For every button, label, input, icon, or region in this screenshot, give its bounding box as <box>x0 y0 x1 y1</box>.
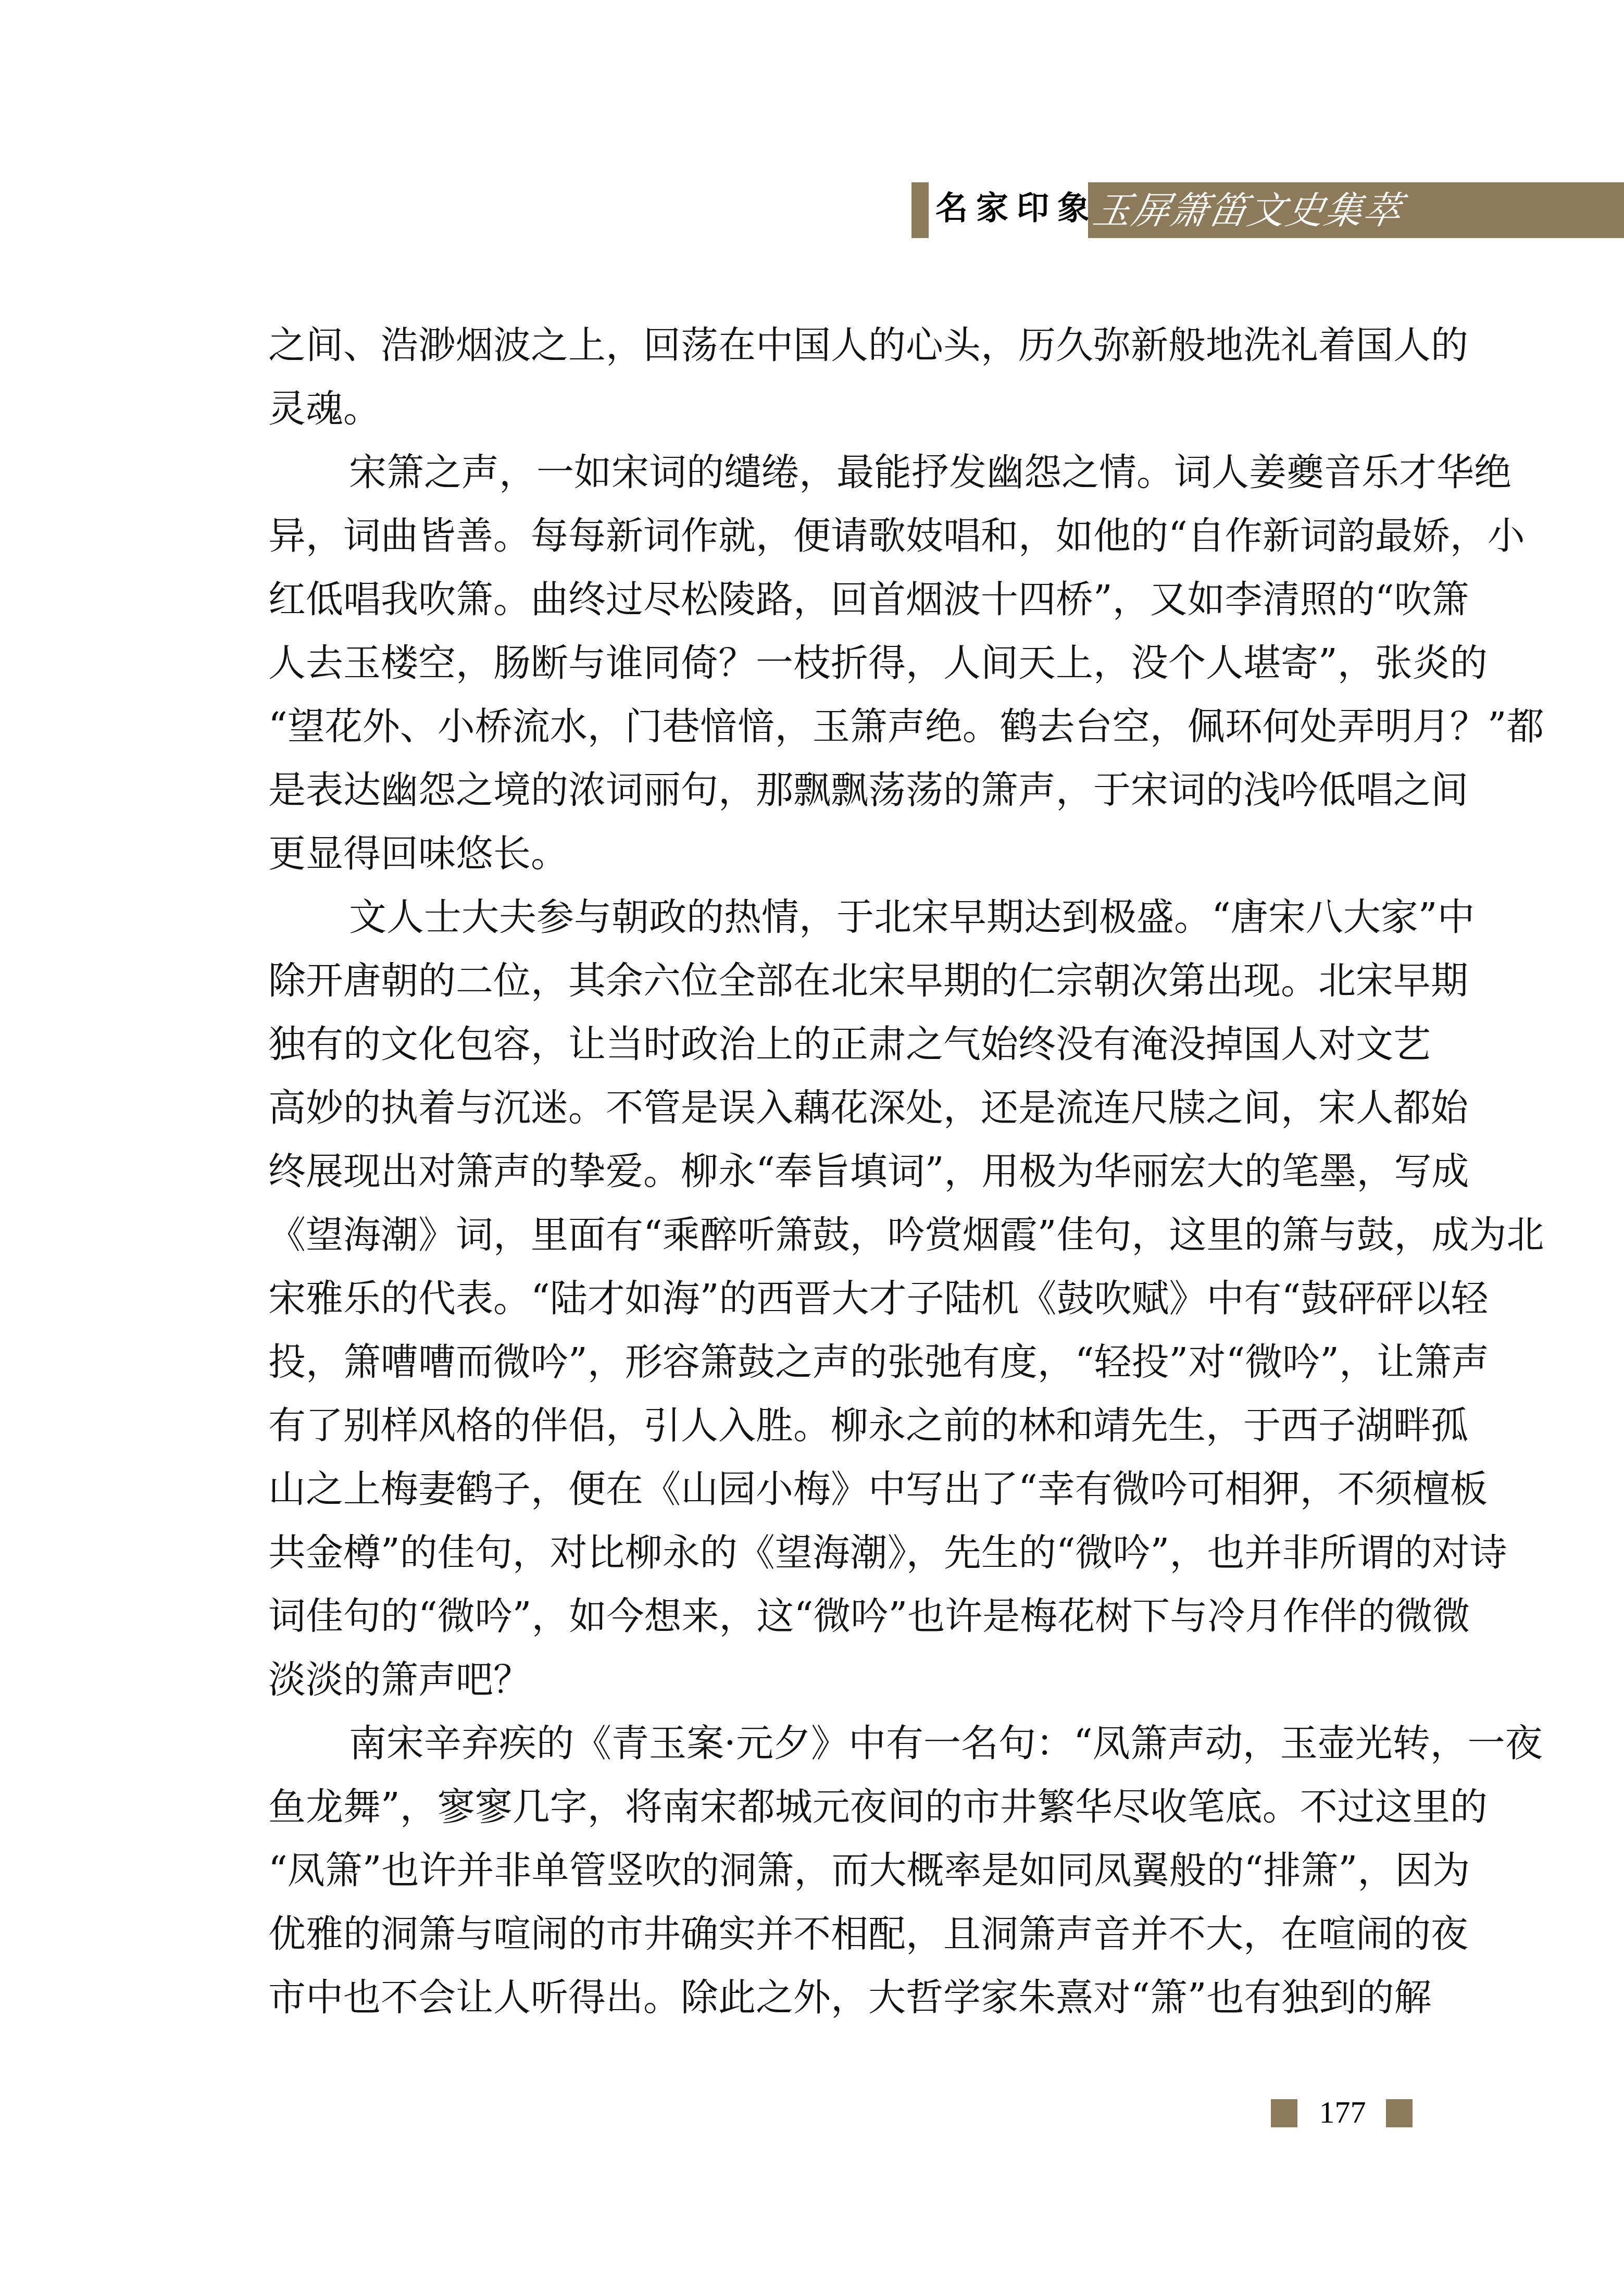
text-line: 鱼龙舞”，寥寥几字，将南宋都城元夜间的市井繁华尽收笔底。不过这里的 <box>268 1780 1398 1844</box>
text-line: 《望海潮》词，里面有“乘醉听箫鼓，吟赏烟霞”佳句，这里的箫与鼓，成为北 <box>268 1208 1398 1272</box>
section-label: 名家印象 <box>935 188 1098 229</box>
text-line: 投，箫嘈嘈而微吟”，形容箫鼓之声的张弛有度，“轻投”对“微吟”，让箫声 <box>268 1336 1398 1399</box>
page-number: 177 <box>1300 2094 1385 2130</box>
text-line: 文人士大夫参与朝政的热情，于北宋早期达到极盛。“唐宋八大家”中 <box>268 891 1398 954</box>
text-line: 优雅的洞箫与喧闹的市井确实并不相配，且洞箫声音并不大，在喧闹的夜 <box>268 1908 1398 1971</box>
text-line: 淡淡的箫声吧？ <box>268 1653 1398 1717</box>
text-line: 宋箫之声，一如宋词的缱绻，最能抒发幽怨之情。词人姜夔音乐才华绝 <box>268 446 1398 509</box>
article-body: 之间、浩渺烟波之上，回荡在中国人的心头，历久弥新般地洗礼着国人的灵魂。宋箫之声，… <box>268 319 1398 2035</box>
text-line: 高妙的执着与沉迷。不管是误入藕花深处，还是流连尺牍之间，宋人都始 <box>268 1081 1398 1145</box>
text-line: 是表达幽怨之境的浓词丽句，那飘飘荡荡的箫声，于宋词的浅吟低唱之间 <box>268 764 1398 827</box>
calligraphy-book-title: 玉屏箫笛文史集萃 <box>1090 185 1407 235</box>
page-number-square-left <box>1271 2099 1297 2127</box>
text-line: 市中也不会让人听得出。除此之外，大哲学家朱熹对“箫”也有独到的解 <box>268 1971 1398 2035</box>
text-line: 共金樽”的佳句，对比柳永的《望海潮》，先生的“微吟”，也并非所谓的对诗 <box>268 1526 1398 1590</box>
text-line: 有了别样风格的伴侣，引人入胜。柳永之前的林和靖先生，于西子湖畔孤 <box>268 1399 1398 1463</box>
text-line: “凤箫”也许并非单管竖吹的洞箫，而大概率是如同凤翼般的“排箫”，因为 <box>268 1844 1398 1908</box>
text-line: 终展现出对箫声的挚爱。柳永“奉旨填词”，用极为华丽宏大的笔墨，写成 <box>268 1145 1398 1208</box>
text-line: 除开唐朝的二位，其余六位全部在北宋早期的仁宗朝次第出现。北宋早期 <box>268 954 1398 1018</box>
text-line: 灵魂。 <box>268 382 1398 446</box>
text-line: 异，词曲皆善。每每新词作就，便请歌妓唱和，如他的“自作新词韵最娇，小 <box>268 509 1398 573</box>
text-line: 山之上梅妻鹤子，便在《山园小梅》中写出了“幸有微吟可相狎，不须檀板 <box>268 1463 1398 1526</box>
text-line: 宋雅乐的代表。“陆才如海”的西晋大才子陆机《鼓吹赋》中有“鼓砰砰以轻 <box>268 1272 1398 1336</box>
text-line: 之间、浩渺烟波之上，回荡在中国人的心头，历久弥新般地洗礼着国人的 <box>268 319 1398 382</box>
text-line: 更显得回味悠长。 <box>268 827 1398 891</box>
text-line: 词佳句的“微吟”，如今想来，这“微吟”也许是梅花树下与冷月作伴的微微 <box>268 1590 1398 1653</box>
header-accent-bar <box>911 182 929 238</box>
page-number-square-right <box>1386 2099 1413 2127</box>
text-line: “望花外、小桥流水，门巷愔愔，玉箫声绝。鹤去台空，佩环何处弄明月？”都 <box>268 700 1398 764</box>
text-line: 人去玉楼空，肠断与谁同倚？一枝折得，人间天上，没个人堪寄”，张炎的 <box>268 637 1398 700</box>
text-line: 南宋辛弃疾的《青玉案·元夕》中有一名句：“凤箫声动，玉壶光转，一夜 <box>268 1717 1398 1780</box>
text-line: 红低唱我吹箫。曲终过尽松陵路，回首烟波十四桥”，又如李清照的“吹箫 <box>268 573 1398 637</box>
text-line: 独有的文化包容，让当时政治上的正肃之气始终没有淹没掉国人对文艺 <box>268 1018 1398 1081</box>
